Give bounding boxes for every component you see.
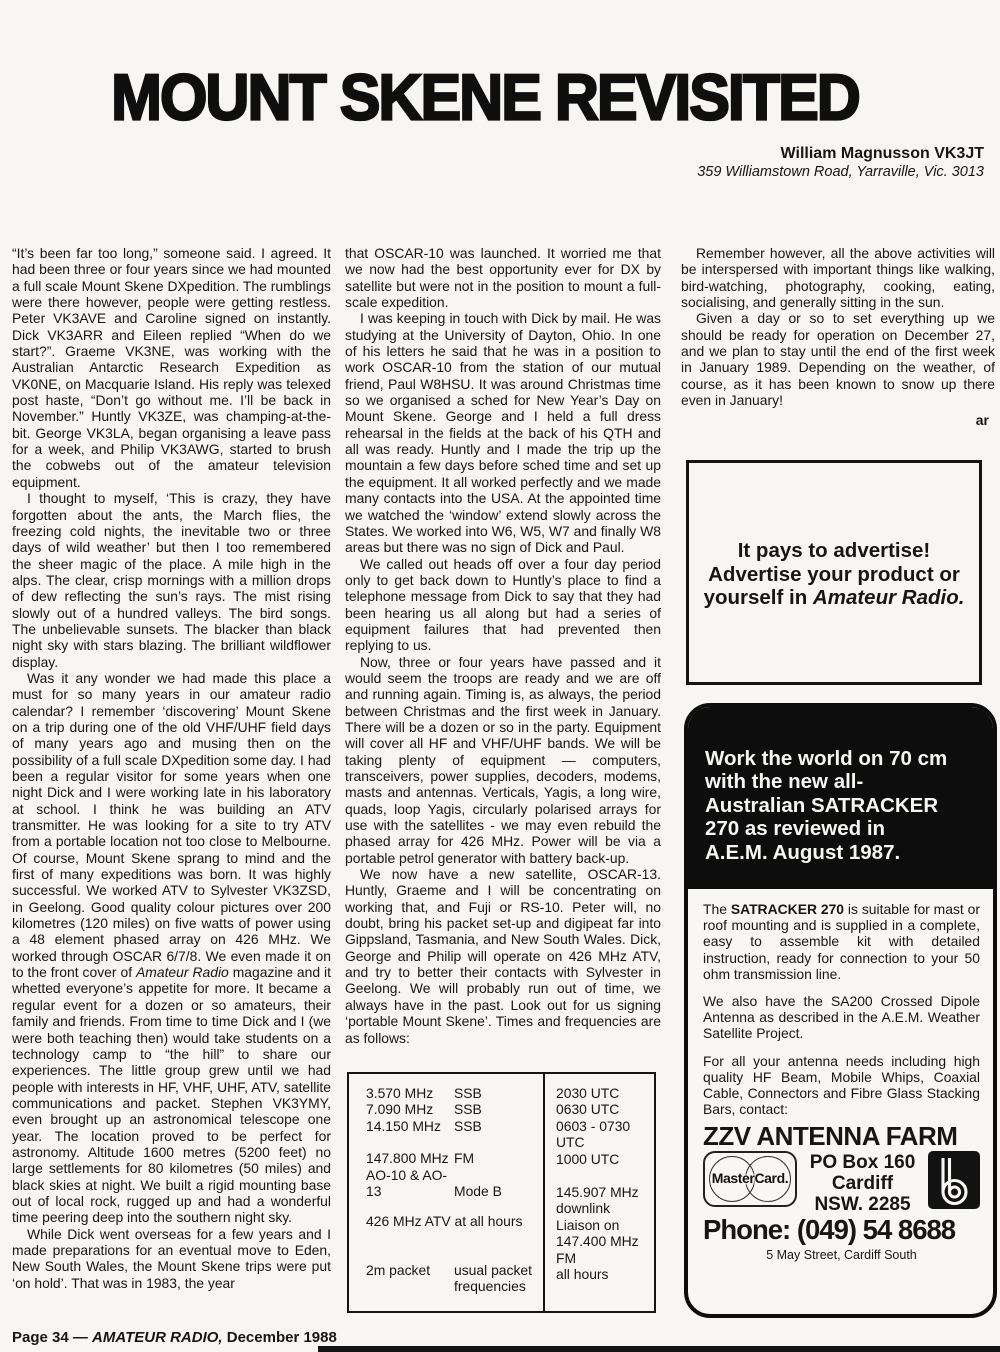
ad-line: It pays to advertise! bbox=[689, 539, 979, 563]
mode: SSB bbox=[454, 1101, 482, 1117]
table-cell-line: all hours bbox=[556, 1266, 650, 1282]
article-column-3: Remember however, all the above activiti… bbox=[681, 245, 995, 429]
table-row: 3.570 MHzSSB bbox=[366, 1085, 537, 1101]
table-cell-line: FM bbox=[556, 1250, 650, 1266]
paragraph: We now have a new satellite, OSCAR-13. H… bbox=[345, 866, 661, 1046]
advertise-house-ad: It pays to advertise! Advertise your pro… bbox=[686, 460, 982, 685]
ad-text: The bbox=[703, 901, 731, 917]
mastercard-label: MasterCard. bbox=[705, 1170, 795, 1186]
paragraph: I thought to myself, ‘This is crazy, the… bbox=[12, 490, 331, 670]
ad-headline-line: Australian SATRACKER bbox=[705, 794, 981, 817]
table-spacer bbox=[366, 1199, 537, 1213]
address-line: NSW. 2285 bbox=[803, 1194, 922, 1215]
paragraph: that OSCAR-10 was launched. It worried m… bbox=[345, 245, 661, 310]
magazine-page: MOUNT SKENE REVISITED William Magnusson … bbox=[0, 0, 1000, 1352]
logo-row: MasterCard. PO Box 160 Cardiff NSW. 2285 bbox=[703, 1151, 980, 1215]
author-name: William Magnusson VK3JT bbox=[697, 145, 984, 163]
ad-paragraph: For all your antenna needs including hig… bbox=[703, 1053, 980, 1118]
address-line: Cardiff bbox=[803, 1173, 922, 1194]
table-row: frequencies bbox=[366, 1278, 537, 1294]
article-column-2: that OSCAR-10 was launched. It worried m… bbox=[345, 245, 661, 1046]
mode: Mode B bbox=[454, 1183, 502, 1199]
ad-text: yourself in bbox=[704, 586, 813, 609]
table-row: 426 MHz ATV at all hours bbox=[366, 1213, 537, 1229]
magazine-name-italic: Amateur Radio. bbox=[813, 586, 965, 609]
paragraph: “It’s been far too long,” someone said. … bbox=[12, 245, 331, 490]
article-end-mark: ar bbox=[681, 412, 995, 428]
frequency: 147.800 MHz bbox=[366, 1150, 454, 1166]
frequency: AO-10 & AO- bbox=[366, 1167, 454, 1183]
table-row: 14.150 MHzSSB bbox=[366, 1118, 537, 1134]
paragraph-text: Was it any wonder we had made this place… bbox=[12, 670, 331, 980]
ad-line: yourself in Amateur Radio. bbox=[689, 586, 979, 610]
table-spacer bbox=[366, 1230, 537, 1262]
paragraph: Was it any wonder we had made this place… bbox=[12, 670, 331, 1226]
paragraph: Now, three or four years have passed and… bbox=[345, 654, 661, 866]
table-cell-line: downlink bbox=[556, 1200, 650, 1216]
paragraph: I was keeping in touch with Dick by mail… bbox=[345, 310, 661, 555]
mode: usual packet bbox=[454, 1262, 532, 1278]
ad-paragraph: We also have the SA200 Crossed Dipole An… bbox=[703, 993, 980, 1042]
bankcard-icon bbox=[928, 1151, 980, 1209]
table-cell-line: Liaison on bbox=[556, 1217, 650, 1233]
table-cell-line: 147.400 MHz bbox=[556, 1233, 650, 1249]
mastercard-logo: MasterCard. bbox=[703, 1151, 797, 1207]
frequency-table: 3.570 MHzSSB 7.090 MHzSSB 14.150 MHzSSB … bbox=[347, 1072, 656, 1313]
mode: frequencies bbox=[454, 1278, 526, 1294]
satracker-ad-body: The SATRACKER 270 is suitable for mast o… bbox=[688, 889, 993, 1263]
issue-date: December 1988 bbox=[223, 1329, 337, 1346]
bottom-rule bbox=[318, 1346, 1000, 1352]
table-cell-line: 0603 - 0730 bbox=[556, 1118, 650, 1134]
paragraph-text: magazine and it whetted everyone’s appet… bbox=[12, 964, 331, 1225]
table-cell-line: 1000 UTC bbox=[556, 1151, 650, 1167]
ad-headline-line: Work the world on 70 cm bbox=[705, 747, 981, 770]
table-cell-line: UTC bbox=[556, 1134, 650, 1150]
paragraph: Given a day or so to set everything up w… bbox=[681, 310, 995, 408]
ad-line: Advertise your product or bbox=[689, 563, 979, 587]
table-spacer bbox=[366, 1134, 537, 1150]
mode: SSB bbox=[454, 1085, 482, 1101]
frequency: 3.570 MHz bbox=[366, 1085, 454, 1101]
paragraph: We called out heads off over a four day … bbox=[345, 556, 661, 654]
mode: SSB bbox=[454, 1118, 482, 1134]
phone-number: Phone: (049) 54 8688 bbox=[703, 1222, 980, 1238]
table-cell-line: 145.907 MHz bbox=[556, 1184, 650, 1200]
ad-headline-line: A.E.M. August 1987. bbox=[705, 841, 981, 864]
magazine-name-italic: AMATEUR RADIO, bbox=[92, 1329, 223, 1346]
table-row: 147.800 MHzFM bbox=[366, 1150, 537, 1166]
company-name: ZZV ANTENNA FARM bbox=[703, 1128, 980, 1144]
table-row: 2m packetusual packet bbox=[366, 1262, 537, 1278]
frequency: 14.150 MHz bbox=[366, 1118, 454, 1134]
table-row: 13Mode B bbox=[366, 1183, 537, 1199]
article-column-1: “It’s been far too long,” someone said. … bbox=[12, 245, 331, 1291]
ad-paragraph: The SATRACKER 270 is suitable for mast o… bbox=[703, 901, 980, 982]
satracker-ad: Work the world on 70 cm with the new all… bbox=[684, 703, 997, 1318]
author-address: 359 Williamstown Road, Yarraville, Vic. … bbox=[697, 164, 984, 180]
street-address: 5 May Street, Cardiff South bbox=[703, 1247, 980, 1263]
table-spacer bbox=[556, 1167, 650, 1184]
product-name-bold: SATRACKER 270 bbox=[731, 901, 844, 917]
page-title: MOUNT SKENE REVISITED bbox=[10, 60, 960, 134]
page-number: Page 34 — bbox=[12, 1329, 92, 1346]
frequency-table-left-cell: 3.570 MHzSSB 7.090 MHzSSB 14.150 MHzSSB … bbox=[349, 1074, 543, 1311]
frequency: 7.090 MHz bbox=[366, 1101, 454, 1117]
address-line: PO Box 160 bbox=[803, 1152, 922, 1173]
satracker-ad-header: Work the world on 70 cm with the new all… bbox=[688, 707, 993, 889]
table-row: AO-10 & AO- bbox=[366, 1167, 537, 1183]
frequency-table-right-cell: 2030 UTC 0630 UTC 0603 - 0730 UTC 1000 U… bbox=[543, 1074, 654, 1311]
table-cell-line: 2030 UTC bbox=[556, 1085, 650, 1101]
page-footer: Page 34 — AMATEUR RADIO, December 1988 bbox=[12, 1329, 337, 1346]
byline: William Magnusson VK3JT 359 Williamstown… bbox=[697, 145, 984, 180]
frequency bbox=[366, 1278, 454, 1294]
company-address: PO Box 160 Cardiff NSW. 2285 bbox=[803, 1151, 922, 1215]
table-row: 7.090 MHzSSB bbox=[366, 1101, 537, 1117]
frequency: 2m packet bbox=[366, 1262, 454, 1278]
ad-headline-line: 270 as reviewed in bbox=[705, 817, 981, 840]
mode: FM bbox=[454, 1150, 474, 1166]
magazine-name-italic: Amateur Radio bbox=[136, 964, 229, 980]
paragraph: Remember however, all the above activiti… bbox=[681, 245, 995, 310]
paragraph: While Dick went overseas for a few years… bbox=[12, 1226, 331, 1291]
ad-headline-line: with the new all- bbox=[705, 770, 981, 793]
table-cell-line: 0630 UTC bbox=[556, 1101, 650, 1117]
frequency: 13 bbox=[366, 1183, 454, 1199]
